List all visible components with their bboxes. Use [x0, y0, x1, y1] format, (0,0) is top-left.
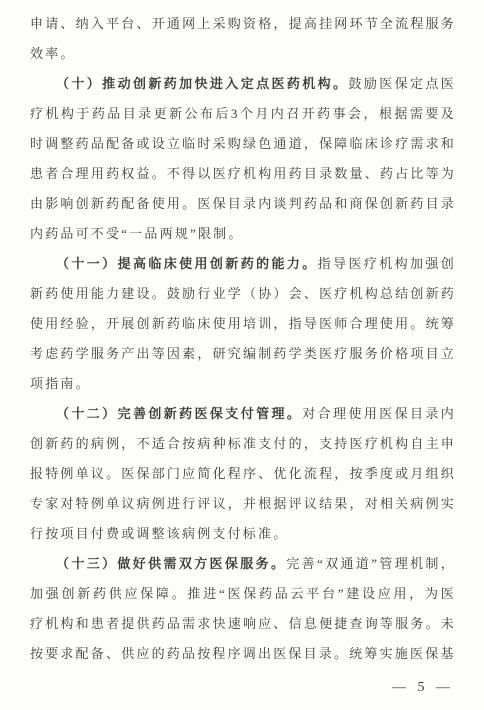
- paragraph-heading: （十三）做好供需双方医保服务。: [56, 556, 286, 571]
- paragraph-11: （十一）提高临床使用创新药的能力。指导医疗机构加强创新药使用能力建设。鼓励行业学…: [30, 249, 456, 399]
- paragraph-body: 指导医疗机构加强创新药使用能力建设。鼓励行业学（协）会、医疗机构总结创新药使用经…: [30, 256, 456, 391]
- paragraph-10: （十）推动创新药加快进入定点医药机构。鼓励医保定点医疗机构于药品目录更新公布后3…: [30, 69, 456, 249]
- paragraph-body: 完善“双通道”管理机制，加强创新药供应保障。推进“医保药品云平台”建设应用，为医…: [30, 556, 456, 661]
- paragraph-body: 对合理使用医保目录内创新药的病例，不适合按病种标准支付的，支持医疗机构自主申报特…: [30, 406, 456, 541]
- document-body: 申请、纳入平台、开通网上采购资格，提高挂网环节全流程服务效率。 （十）推动创新药…: [30, 9, 456, 669]
- paragraph-13: （十三）做好供需双方医保服务。完善“双通道”管理机制，加强创新药供应保障。推进“…: [30, 549, 456, 669]
- paragraph-heading: （十）推动创新药加快进入定点医药机构。: [56, 76, 348, 91]
- paragraph-continuation: 申请、纳入平台、开通网上采购资格，提高挂网环节全流程服务效率。: [30, 9, 456, 69]
- paragraph-body: 鼓励医保定点医疗机构于药品目录更新公布后3个月内召开药事会，根据需要及时调整药品…: [30, 76, 456, 241]
- paragraph-body: 申请、纳入平台、开通网上采购资格，提高挂网环节全流程服务效率。: [30, 16, 456, 61]
- paragraph-heading: （十一）提高临床使用创新药的能力。: [56, 256, 318, 271]
- document-page: 申请、纳入平台、开通网上采购资格，提高挂网环节全流程服务效率。 （十）推动创新药…: [0, 0, 484, 710]
- page-number: — 5 —: [392, 680, 454, 696]
- paragraph-heading: （十二）完善创新药医保支付管理。: [56, 406, 302, 421]
- paragraph-12: （十二）完善创新药医保支付管理。对合理使用医保目录内创新药的病例，不适合按病种标…: [30, 399, 456, 549]
